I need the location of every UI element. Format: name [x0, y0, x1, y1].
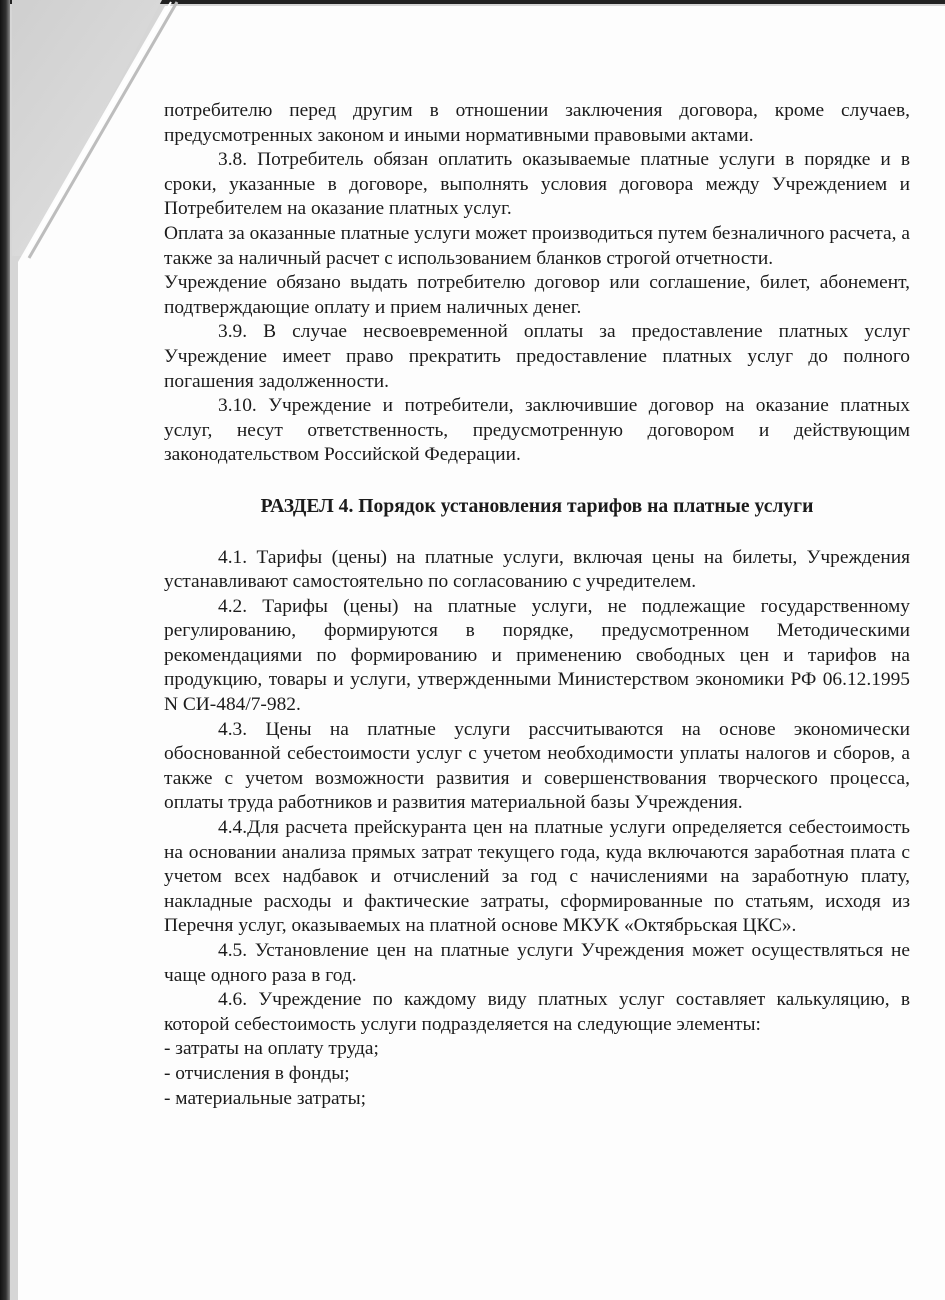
cost-elements-list: - затраты на оплату труда; - отчисления …: [164, 1037, 910, 1111]
paragraph-3-8: 3.8. Потребитель обязан оплатить оказыва…: [164, 148, 910, 222]
scanner-edge-left: [0, 0, 10, 1300]
document-body: потребителю перед другим в отношении зак…: [164, 99, 910, 1111]
paragraph-3-10: 3.10. Учреждение и потребители, заключив…: [164, 394, 910, 468]
paragraph-4-5: 4.5. Установление цен на платные услуги …: [164, 939, 910, 988]
paragraph-3-8-issue: Учреждение обязано выдать потребителю до…: [164, 271, 910, 320]
paragraph-3-8-payment: Оплата за оказанные платные услуги может…: [164, 222, 910, 271]
paragraph-3-9: 3.9. В случае несвоевременной оплаты за …: [164, 320, 910, 394]
paragraph-4-4: 4.4.Для расчета прейскуранта цен на плат…: [164, 816, 910, 939]
paragraph-4-1: 4.1. Тарифы (цены) на платные услуги, вк…: [164, 546, 910, 595]
list-item-labor-costs: - затраты на оплату труда;: [164, 1037, 910, 1062]
section-4-heading: РАЗДЕЛ 4. Порядок установления тарифов н…: [164, 495, 910, 520]
list-item-fund-contributions: - отчисления в фонды;: [164, 1062, 910, 1087]
paragraph-4-2: 4.2. Тарифы (цены) на платные услуги, не…: [164, 595, 910, 718]
paragraph-4-3: 4.3. Цены на платные услуги рассчитывают…: [164, 718, 910, 816]
list-item-material-costs: - материальные затраты;: [164, 1087, 910, 1112]
paragraph-4-6: 4.6. Учреждение по каждому виду платных …: [164, 988, 910, 1037]
scanned-page: потребителю перед другим в отношении зак…: [0, 0, 945, 1300]
paragraph-continuation: потребителю перед другим в отношении зак…: [164, 99, 910, 148]
